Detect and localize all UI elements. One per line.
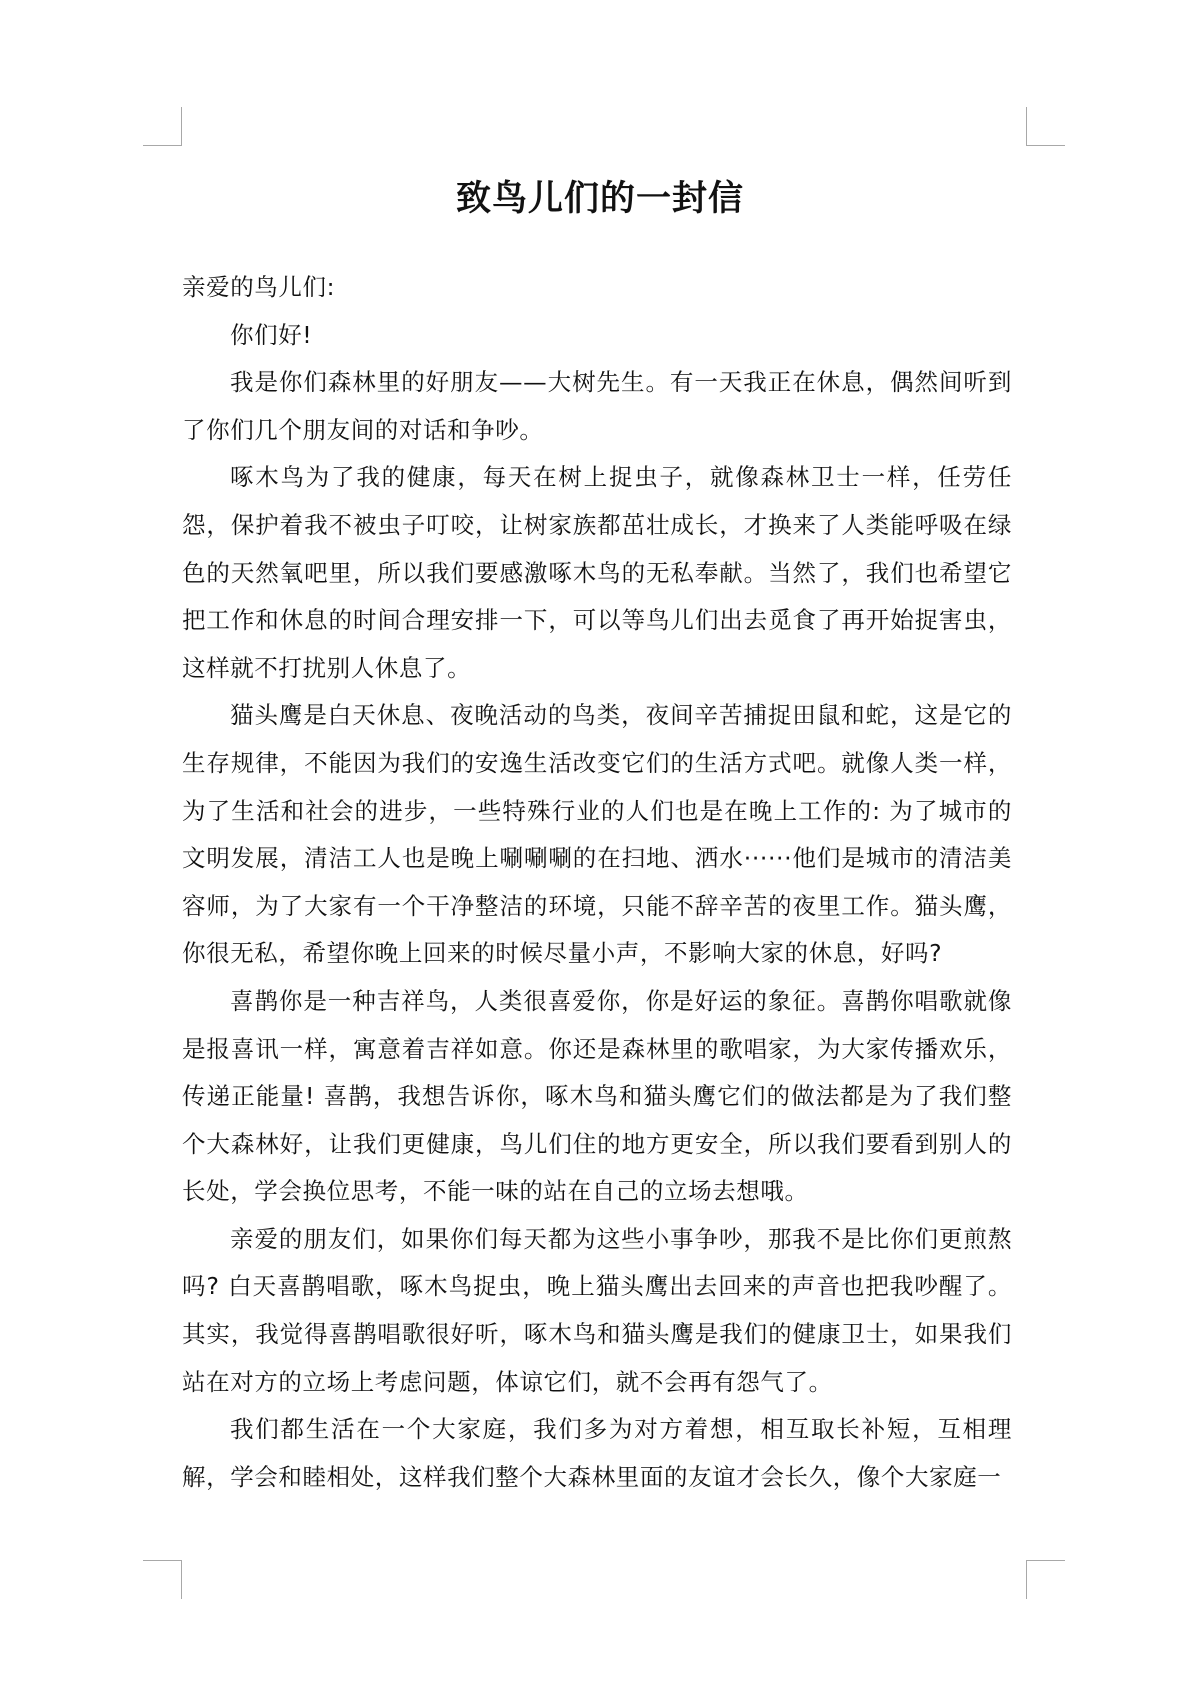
paragraph-intro: 我是你们森林里的好朋友——大树先生。有一天我正在休息，偶然间听到了你们几个朋友间… <box>182 359 1012 454</box>
salutation: 亲爱的鸟儿们: <box>182 264 1012 312</box>
paragraph-family: 我们都生活在一个大家庭，我们多为对方着想，相互取长补短，互相理解，学会和睦相处，… <box>182 1406 1012 1501</box>
document-page: 致鸟儿们的一封信 亲爱的鸟儿们: 你们好! 我是你们森林里的好朋友——大树先生。… <box>0 0 1200 1697</box>
paragraph-friends: 亲爱的朋友们，如果你们每天都为这些小事争吵，那我不是比你们更煎熬吗? 白天喜鹊唱… <box>182 1216 1012 1406</box>
crop-mark-bottom-right <box>1026 1560 1065 1599</box>
crop-mark-top-left <box>143 107 182 146</box>
paragraph-greeting: 你们好! <box>182 312 1012 360</box>
paragraph-magpie: 喜鹊你是一种吉祥鸟，人类很喜爱你，你是好运的象征。喜鹊你唱歌就像是报喜讯一样，寓… <box>182 978 1012 1216</box>
paragraph-woodpecker: 啄木鸟为了我的健康，每天在树上捉虫子，就像森林卫士一样，任劳任怨，保护着我不被虫… <box>182 454 1012 692</box>
crop-mark-bottom-left <box>143 1560 182 1599</box>
paragraph-owl: 猫头鹰是白天休息、夜晚活动的鸟类，夜间辛苦捕捉田鼠和蛇，这是它的生存规律，不能因… <box>182 692 1012 978</box>
crop-mark-top-right <box>1026 107 1065 146</box>
document-title: 致鸟儿们的一封信 <box>0 175 1200 223</box>
letter-body: 亲爱的鸟儿们: 你们好! 我是你们森林里的好朋友——大树先生。有一天我正在休息，… <box>182 264 1012 1501</box>
